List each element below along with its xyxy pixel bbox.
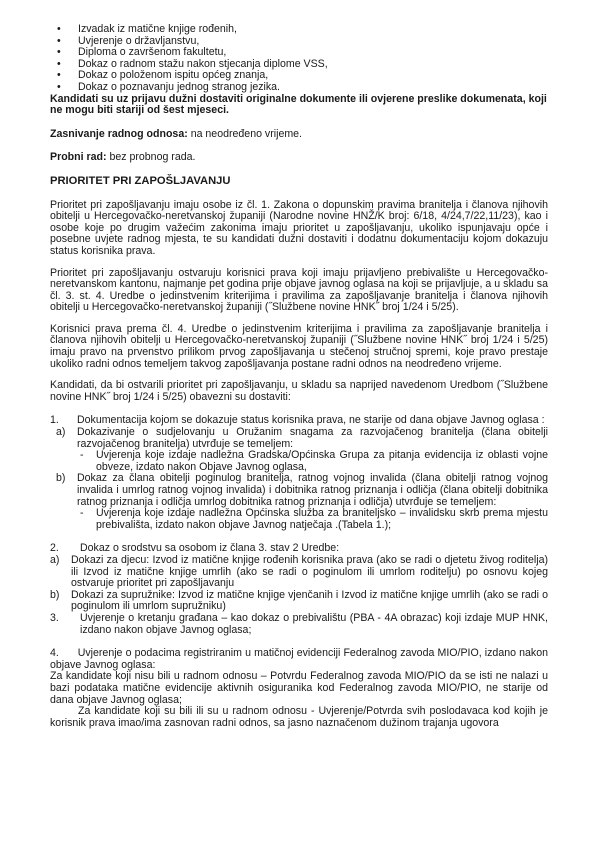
item-number: 4. (50, 647, 59, 659)
dash-icon: - (80, 508, 84, 520)
required-documents-list: •Izvadak iz matične knjige rođenih, •Uvj… (50, 24, 548, 94)
section-heading: PRIORITET PRI ZAPOŠLJAVANJU (50, 176, 548, 188)
employment-label: Zasnivanje radnog odnosa: (50, 128, 188, 140)
requirement-1b-sub: - Uvjerenja koje izdaje nadležna Općinsk… (50, 508, 548, 531)
paragraph-2: Prioritet pri zapošljavanju ostvaruju ko… (50, 268, 548, 314)
employment-type: Zasnivanje radnog odnosa: na neodređeno … (50, 129, 548, 141)
document-page: •Izvadak iz matične knjige rođenih, •Uvj… (50, 24, 548, 729)
employment-value: na neodređeno vrijeme. (188, 128, 302, 140)
requirement-1a-sub: - Uvjerenja koje izdaje nadležna Gradska… (50, 450, 548, 473)
paragraph-3: Korisnici prava prema čl. 4. Uredbe o je… (50, 324, 548, 370)
item-letter: b) (56, 473, 65, 485)
requirement-1a: a) Dokazivanje o sudjelovanju u Oružanim… (50, 427, 548, 450)
requirement-1b: b) Dokaz za člana obitelji poginulog bra… (50, 473, 548, 508)
list-item: •Dokaz o poznavanju jednog stranog jezik… (50, 82, 548, 94)
dash-icon: - (80, 450, 84, 462)
probation-label: Probni rad: (50, 151, 107, 163)
probation: Probni rad: bez probnog rada. (50, 152, 548, 164)
requirement-4: 4. Uvjerenje o podacima registriranim u … (50, 648, 548, 671)
item-letter: a) (50, 555, 59, 567)
requirement-2b: b) Dokazi za supružnike: Izvod iz matičn… (50, 590, 548, 613)
paragraph-1: Prioritet pri zapošljavanju imaju osobe … (50, 200, 548, 258)
paragraph-4: Kandidati, da bi ostvarili prioritet pri… (50, 380, 548, 403)
requirement-3: 3. Uvjerenje o kretanju građana – kao do… (50, 613, 548, 636)
bullet-icon: • (57, 24, 61, 36)
requirement-2a: a) Dokazi za djecu: Izvod iz matične knj… (50, 555, 548, 590)
bullet-icon: • (57, 82, 61, 94)
probation-value: bez probnog rada. (107, 151, 196, 163)
requirement-4-paragraph-1: Za kandidate koji nisu bili u radnom odn… (50, 671, 548, 706)
item-letter: b) (50, 590, 59, 602)
item-letter: a) (56, 427, 65, 439)
item-number: 3. (50, 613, 59, 625)
documents-note: Kandidati su uz prijavu dužni dostaviti … (50, 94, 548, 117)
requirement-4-paragraph-2: Za kandidate koji su bili ili su u radno… (50, 706, 548, 729)
